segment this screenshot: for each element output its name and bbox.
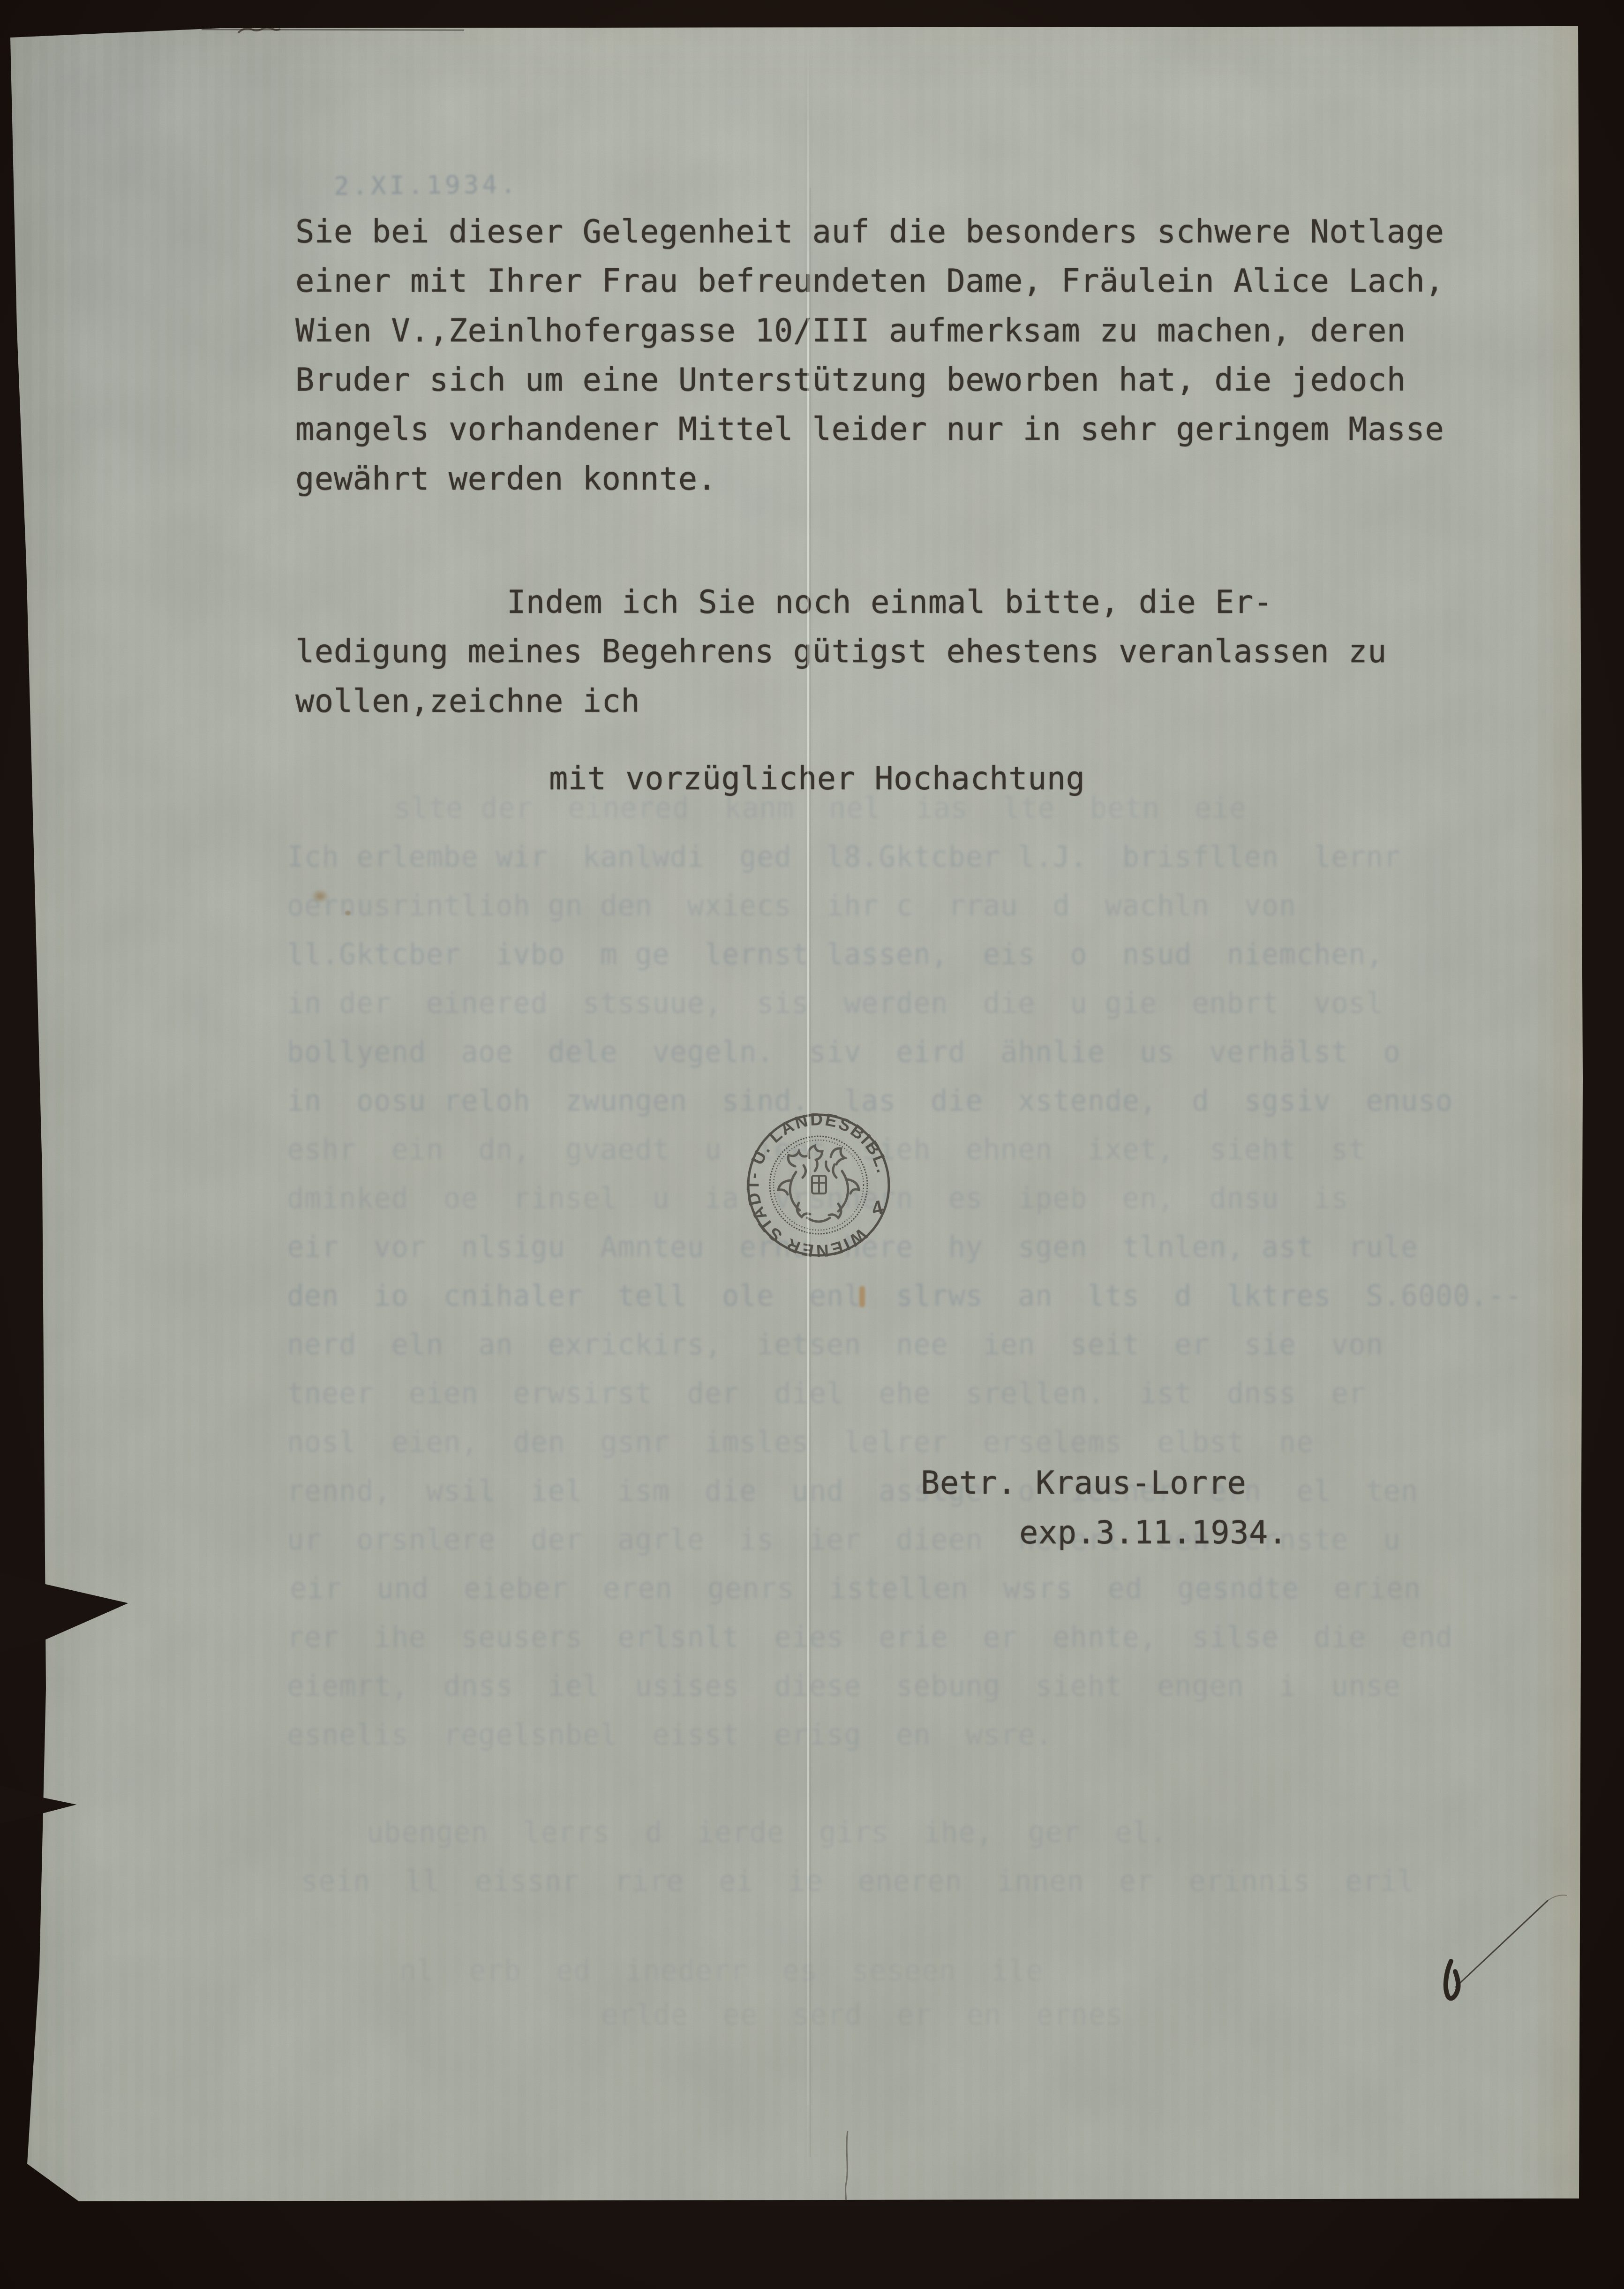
bleedthrough-line: esnelis regelsnbel eisst erisg en wsre. <box>287 1720 1053 1749</box>
bleedthrough-line: Ich erlembe wir kanlwdi ged l8.Gktcber l… <box>287 842 1401 871</box>
vertical-fold-crease <box>807 29 809 2198</box>
typed-line: einer mit Ihrer Frau befreundeten Dame, … <box>295 264 1444 299</box>
eagle-emblem <box>778 1146 859 1222</box>
library-stamp: WIENER STADT- U. LANDESBIBL. 4 <box>739 1105 898 1265</box>
bleedthrough-line: nosl eien, den gsnr imsles lelrer ersele… <box>287 1428 1314 1457</box>
letter-page: slte der einered kanm nel ias lte betn e… <box>0 0 1624 2289</box>
bleedthrough-line: ubengen lerrs d ierde girs ihe, ger el. <box>367 1818 1167 1847</box>
bleedthrough-line: tneer eien erwsirst der diel ehe srellen… <box>287 1379 1366 1408</box>
stamp-ring-text: WIENER STADT- U. LANDESBIBL. <box>743 1110 893 1261</box>
typed-line: gewährt werden konnte. <box>295 462 716 497</box>
scan-backdrop: slte der einered kanm nel ias lte betn e… <box>0 0 1624 2289</box>
svg-text:WIENER STADT- U. LANDESBIBL.: WIENER STADT- U. LANDESBIBL. <box>743 1110 893 1261</box>
typed-line: Bruder sich um eine Unterstützung beworb… <box>295 363 1406 398</box>
typed-line: wollen,zeichne ich <box>295 684 640 719</box>
bleedthrough-line: bollyend aoe dele vegeln. siv eird ähnli… <box>287 1037 1401 1066</box>
bleedthrough-line: in der einered stssuue, sis werden die u… <box>287 989 1383 1018</box>
vertical-fold-crease-shadow <box>810 188 811 2157</box>
bleedthrough-date: 2.XI.1934. <box>334 172 519 199</box>
pen-scribble <box>234 21 309 44</box>
bleedthrough-line: eir und eieber eren genrs istellen wsrs … <box>290 1574 1421 1603</box>
closing-line: mit vorzüglicher Hochachtung <box>549 762 1085 796</box>
typed-line: Sie bei dieser Gelegenheit auf die beson… <box>295 215 1444 249</box>
bleedthrough-line: den io cnihaler tell ole enl slrws an lt… <box>287 1281 1523 1310</box>
typed-line: mangels vorhandener Mittel leider nur in… <box>295 412 1444 447</box>
typed-line: Indem ich Sie noch einmal bitte, die Er- <box>507 585 1273 620</box>
typed-line: ledigung meines Begehrens gütigst eheste… <box>295 635 1387 669</box>
bleedthrough-line: sein ll eissnr rire ei ie eneren innen e… <box>301 1866 1415 1896</box>
rust-stain <box>859 1286 865 1307</box>
dispatch-note: exp.3.11.1934. <box>1019 1516 1287 1550</box>
rust-stain <box>345 911 351 915</box>
typed-line: Wien V.,Zeinlhofergasse 10/III aufmerksa… <box>295 314 1406 348</box>
stamp-number: 4 <box>869 1196 886 1220</box>
bleedthrough-line: oernusrintlioh gn den wxiecs ihr c rrau … <box>287 891 1296 920</box>
pen-checkmark <box>1406 1876 1575 2026</box>
bleedthrough-line: nl erb ed inederr es seseen ile <box>399 1956 1044 1985</box>
bleedthrough-line: nerd eln an exrickirs, ietsen nee ien se… <box>287 1330 1383 1359</box>
bleedthrough-line: slte der einered kanm nel ias lte betn e… <box>394 793 1247 823</box>
bleedthrough-line: ll.Gktcber ivbo m ge lernst lassen, eis … <box>287 940 1383 969</box>
rust-stain <box>311 889 329 903</box>
bleedthrough-line: rennd, wsil iel ism die und asstge o iee… <box>287 1476 1418 1505</box>
bleedthrough-line: eiemrt, dnss iel usises diese sebung sie… <box>287 1671 1401 1700</box>
reference-note: Betr. Kraus-Lorre <box>921 1466 1246 1501</box>
bleedthrough-line: rer ihe seusers erlsnlt eies erie er ehn… <box>287 1623 1453 1652</box>
bleedthrough-line: erlde ee serd er en ernes <box>601 2000 1123 2029</box>
bottom-crease-crack <box>835 2129 872 2204</box>
